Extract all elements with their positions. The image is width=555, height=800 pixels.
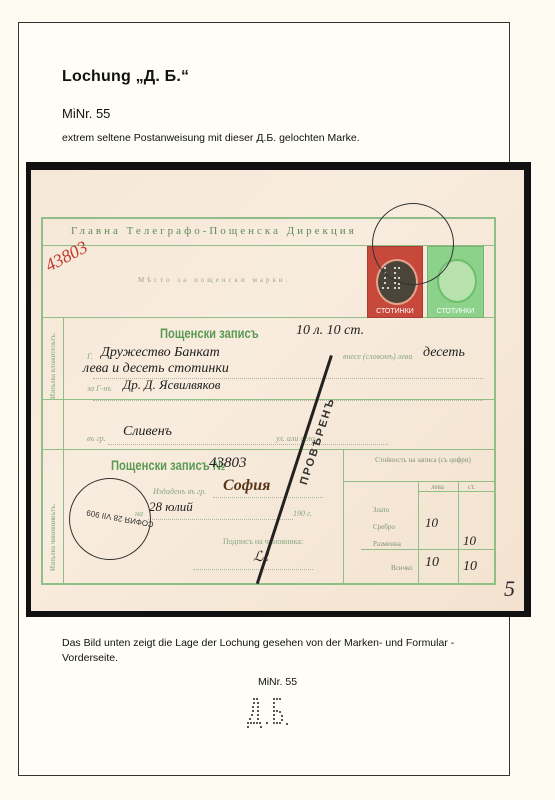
stamp-green-value: СТОТИНКИ	[430, 308, 481, 315]
stamp-red-value: СТОТИНКИ	[370, 308, 420, 315]
col-st: ст.	[468, 483, 475, 491]
col-leva: лева	[431, 483, 444, 491]
row-label-gold: Злато	[373, 506, 389, 514]
form-header: Главна Телеграфо-Пощенска Дирекция	[71, 225, 357, 237]
catalog-number: MiNr. 55	[62, 106, 110, 121]
row-exchange-st: 10	[463, 533, 476, 549]
city-value: Сливенъ	[123, 424, 172, 440]
for-value: Др. Д. Ясвилвяков	[123, 377, 220, 393]
row-silver-leva: 10	[425, 515, 438, 531]
words-value-2: лева и десеть стотинки	[83, 361, 229, 377]
row-label-total: Всичко	[391, 564, 413, 572]
city-label: въ гр.	[87, 434, 106, 443]
catalog-number-bottom: MiNr. 55	[0, 676, 555, 688]
to-value: Дружество Банкат	[101, 345, 220, 361]
section1-side-label: Изпълва вложительтъ.	[49, 329, 57, 399]
amount-handwritten: 10 л. 10 ст.	[296, 323, 364, 339]
words-value-1: десеть	[423, 345, 465, 361]
section1-title: Пощенски записъ	[160, 325, 259, 341]
row-label-exchange: Разменна	[373, 540, 401, 548]
value-table-header: Стойность на записа (съ цифри)	[368, 456, 478, 464]
issued-value: София	[223, 477, 270, 495]
to-label: Г.	[87, 352, 93, 361]
page-title: Lochung „Д. Б.“	[62, 68, 189, 86]
words-label: внесе (словомъ) лева	[343, 352, 412, 361]
row-total-leva: 10	[425, 555, 439, 571]
note: Das Bild unten zeigt die Lage der Lochun…	[62, 636, 492, 666]
for-label: за Г-нъ	[87, 384, 111, 393]
section2-side-label: Изпълва чиновникътъ.	[49, 461, 57, 571]
order-number-handwritten: 43803	[209, 455, 247, 472]
stamp-place-label: Мѣсто за пощенски марки.	[138, 276, 290, 284]
row-label-silver: Сребро	[373, 523, 395, 531]
postmark-top	[372, 203, 454, 285]
description: extrem seltene Postanweisung mit dieser …	[62, 132, 360, 144]
date-value: 28 юлий	[149, 499, 193, 515]
margin-note: 5	[504, 576, 515, 602]
issued-label: Издаденъ въ гр.	[153, 487, 206, 496]
row-total-st: 10	[463, 559, 477, 575]
